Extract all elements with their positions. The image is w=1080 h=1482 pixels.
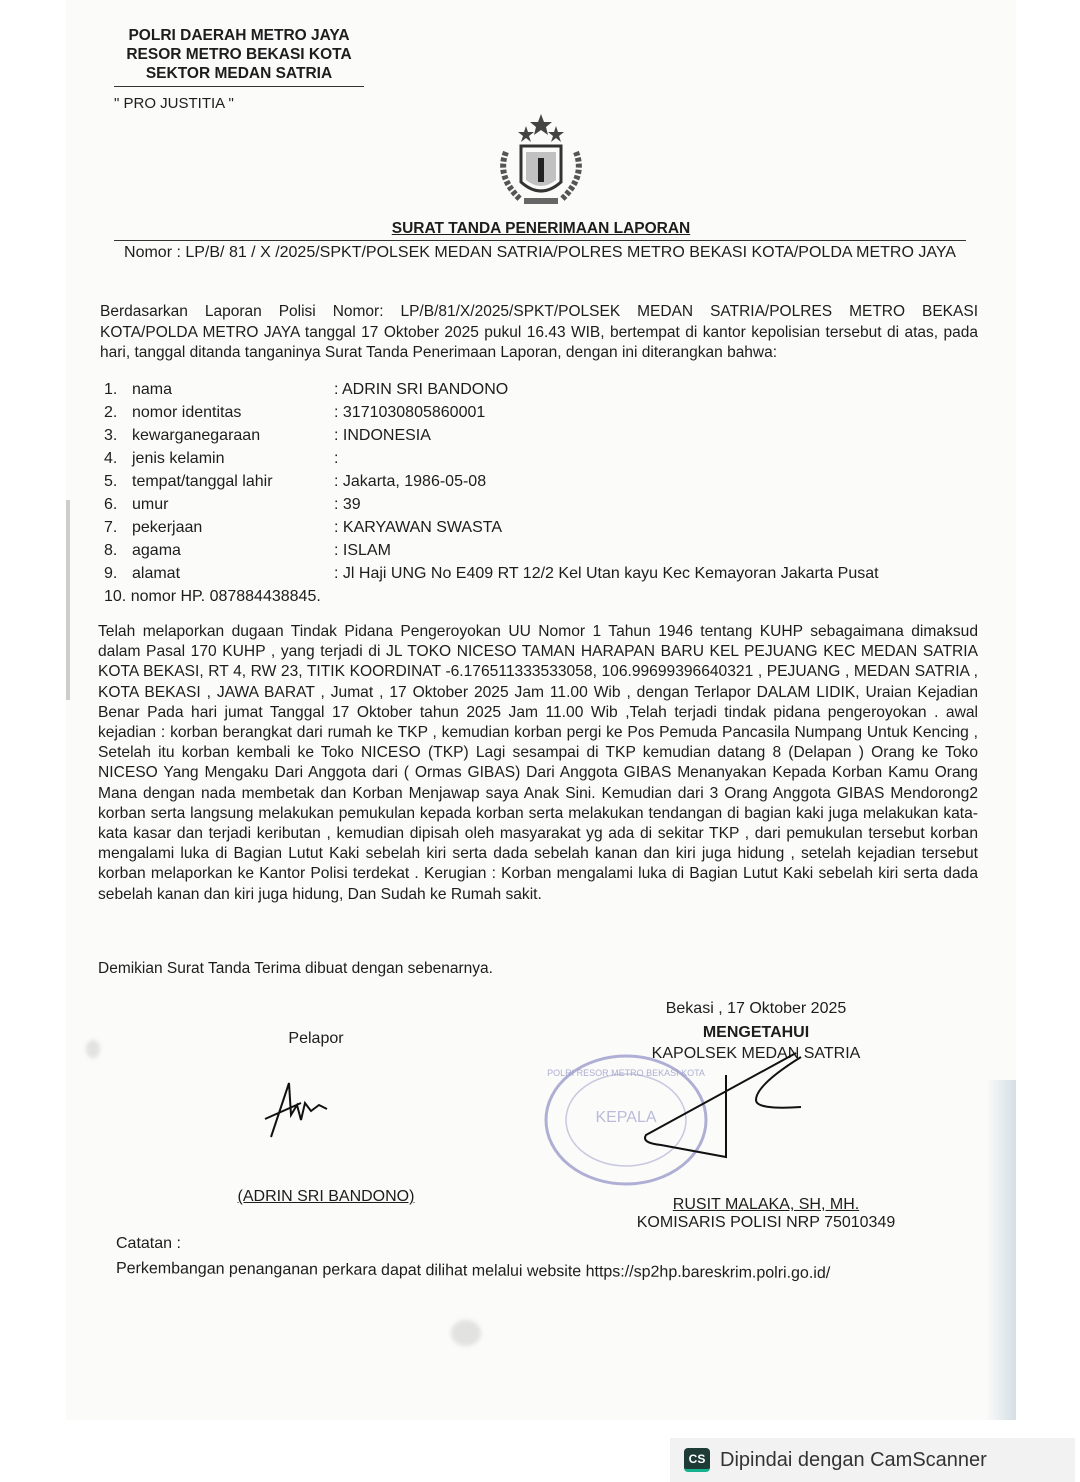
- camscanner-text: Dipindai dengan CamScanner: [720, 1449, 987, 1472]
- row-number: 8.: [104, 539, 132, 562]
- row-number: 6.: [104, 493, 132, 516]
- field-value: : 39: [334, 493, 984, 516]
- field-label: tempat/tanggal lahir: [132, 470, 334, 493]
- phone-number: 087884438845.: [210, 588, 321, 605]
- officer-name: RUSIT MALAKA, SH, MH.: [626, 1196, 906, 1214]
- field-label: alamat: [132, 562, 334, 585]
- closing-statement: Demikian Surat Tanda Terima dibuat denga…: [98, 960, 493, 978]
- row-number: 2.: [104, 401, 132, 424]
- letterhead-line-1: POLRI DAERAH METRO JAYA: [114, 26, 364, 45]
- identity-row: 9.alamat: Jl Haji UNG No E409 RT 12/2 Ke…: [104, 562, 984, 585]
- scanned-document-page: POLRI DAERAH METRO JAYA RESOR METRO BEKA…: [66, 0, 1016, 1420]
- letterhead: POLRI DAERAH METRO JAYA RESOR METRO BEKA…: [114, 26, 364, 83]
- officer-signature: [586, 1045, 826, 1175]
- field-value: : ISLAM: [334, 539, 984, 562]
- row-number: 9.: [104, 562, 132, 585]
- field-label: umur: [132, 493, 334, 516]
- scan-smudge: [451, 1320, 481, 1346]
- row-number: 3.: [104, 424, 132, 447]
- camscanner-watermark: CS Dipindai dengan CamScanner: [670, 1438, 1075, 1482]
- letterhead-line-3: SEKTOR MEDAN SATRIA: [114, 64, 364, 83]
- identity-row: 3.kewarganegaraan: INDONESIA: [104, 424, 984, 447]
- field-value: :: [334, 447, 984, 470]
- reporter-label: Pelapor: [266, 1030, 366, 1048]
- identity-row: 5.tempat/tanggal lahir: Jakarta, 1986-05…: [104, 470, 984, 493]
- report-body-paragraph: Telah melaporkan dugaan Tindak Pidana Pe…: [98, 622, 978, 905]
- officer-rank: KOMISARIS POLISI NRP 75010349: [606, 1214, 926, 1232]
- intro-paragraph: Berdasarkan Laporan Polisi Nomor: LP/B/8…: [100, 302, 978, 364]
- field-value: : INDONESIA: [334, 424, 984, 447]
- phone-row: 10. nomor HP. 087884438845.: [104, 585, 984, 608]
- note-text: Perkembangan penanganan perkara dapat di…: [116, 1260, 830, 1283]
- field-value: : 3171030805860001: [334, 401, 984, 424]
- letterhead-line-2: RESOR METRO BEKASI KOTA: [114, 45, 364, 64]
- field-label: nomor HP.: [131, 588, 205, 605]
- row-number: 4.: [104, 447, 132, 470]
- scan-smudge: [86, 1040, 100, 1058]
- identity-row: 6.umur: 39: [104, 493, 984, 516]
- field-value: : Jakarta, 1986-05-08: [334, 470, 984, 493]
- row-number: 5.: [104, 470, 132, 493]
- acknowledged-label: MENGETAHUI: [626, 1024, 886, 1042]
- place-date: Bekasi , 17 Oktober 2025: [626, 1000, 886, 1018]
- field-label: jenis kelamin: [132, 447, 334, 470]
- reporter-signature: [261, 1075, 341, 1145]
- field-label: nomor identitas: [132, 401, 334, 424]
- field-label: kewarganegaraan: [132, 424, 334, 447]
- title-divider: [114, 240, 966, 241]
- note-label: Catatan :: [116, 1235, 181, 1253]
- document-title: SURAT TANDA PENERIMAAN LAPORAN: [66, 220, 1016, 238]
- field-value: : Jl Haji UNG No E409 RT 12/2 Kel Utan k…: [334, 562, 984, 585]
- pro-justitia-label: " PRO JUSTITIA ": [114, 95, 234, 112]
- identity-row: 7.pekerjaan: KARYAWAN SWASTA: [104, 516, 984, 539]
- identity-row: 4.jenis kelamin:: [104, 447, 984, 470]
- field-label: nama: [132, 378, 334, 401]
- row-number: 10.: [104, 588, 126, 605]
- document-number: Nomor : LP/B/ 81 / X /2025/SPKT/POLSEK M…: [114, 243, 966, 263]
- field-label: agama: [132, 539, 334, 562]
- identity-row: 8.agama: ISLAM: [104, 539, 984, 562]
- polri-emblem-icon: [486, 112, 596, 212]
- scan-shadow: [66, 500, 70, 700]
- camscanner-logo-icon: CS: [684, 1448, 710, 1472]
- identity-row: 1.nama: ADRIN SRI BANDONO: [104, 378, 984, 401]
- field-value: : KARYAWAN SWASTA: [334, 516, 984, 539]
- field-value: : ADRIN SRI BANDONO: [334, 378, 984, 401]
- field-label: pekerjaan: [132, 516, 334, 539]
- identity-list: 1.nama: ADRIN SRI BANDONO 2.nomor identi…: [104, 378, 984, 608]
- row-number: 1.: [104, 378, 132, 401]
- letterhead-divider: [114, 86, 364, 87]
- row-number: 7.: [104, 516, 132, 539]
- reporter-name: (ADRIN SRI BANDONO): [216, 1188, 436, 1206]
- identity-row: 2.nomor identitas: 3171030805860001: [104, 401, 984, 424]
